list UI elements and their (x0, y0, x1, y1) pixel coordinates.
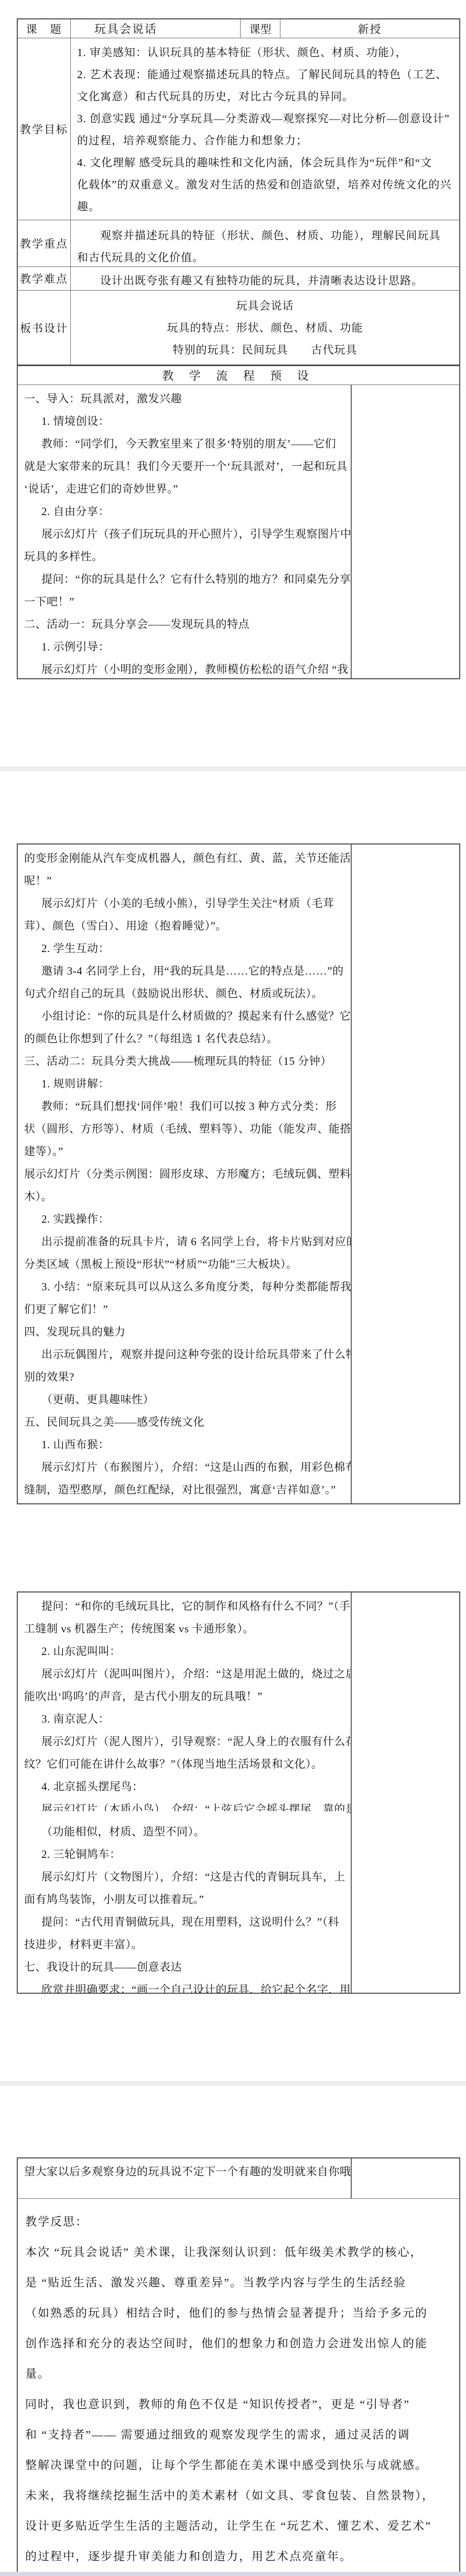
flow-line: 木）。 (24, 1185, 346, 1208)
flow-line: 1. 情境创设： (24, 410, 346, 433)
course-label: 课 题 (26, 21, 62, 37)
goal-line: 文化寓意）和古代玩具的历史，对比古今玩具的异同。 (77, 85, 455, 108)
flow-line: 玩具的多样性。 (24, 546, 346, 568)
page-title: 玩具会说话 (94, 20, 157, 37)
lesson-plan-table-page2: 的变形金刚能从汽车变成机器人，颜色有红、黄、蓝，关节还能活动呢！”展示幻灯片（小… (17, 843, 460, 1504)
flow-line: 三、活动二：玩具分类大挑战——梳理玩具的特征（15 分钟） (24, 1050, 346, 1073)
board-design-label: 板书设计 (20, 320, 68, 336)
reflection-line: （如熟悉的玩具）相结合时，他们的参与热情会显著提升；当给予多元的 (25, 2298, 455, 2328)
flow-line: （更萌、更具趣味性） (24, 1388, 346, 1411)
difficulty-label: 教学难点 (20, 271, 68, 286)
reflection-line: 是 “贴近生活、激发兴趣、尊重差异”。当教学内容与学生的生活经验 (25, 2268, 455, 2298)
flow-row-page4: 望大家以后多观察身边的玩具说不定下一个有趣的发明就来自你哦！ (18, 2158, 459, 2198)
flow-line: 提问：“你的玩具是什么？它有什么特别的地方？和同桌先分享 (24, 568, 346, 591)
flow-content-page2: 的变形金刚能从汽车变成机器人，颜色有红、黄、蓝，关节还能活动呢！”展示幻灯片（小… (18, 845, 351, 1503)
flow-line: 3. 南京泥人： (24, 1708, 346, 1730)
process-header-title: 教 学 流 程 预 设 (162, 367, 315, 383)
flow-content-page1: 一、导入：玩具派对，激发兴趣1. 情境创设：教师：“同学们，今天教室里来了很多‘… (18, 385, 351, 678)
flow-line: 工缝制 vs 机器生产；传统图案 vs 卡通形象）。 (24, 1618, 346, 1640)
flow-line: 2. 学生互动： (24, 937, 346, 960)
flow-line: 1. 山西布猴： (24, 1434, 346, 1456)
flow-line: 小组讨论：“你的玩具是什么材质做的？摸起来有什么感觉？它 (24, 1005, 346, 1028)
flow-line: 出示提前准备的玩具卡片，请 6 名同学上台，将卡片贴到对应的 (24, 1231, 346, 1253)
flow-line: 展示幻灯片（孩子们玩玩具的开心照片），引导学生观察图片中 (24, 523, 346, 546)
flow-line: 们更了解它们！” (24, 1298, 346, 1321)
page-separator-2 (0, 2081, 466, 2086)
difficulty-line: 设计出既夸张有趣又有独特功能的玩具，并清晰表达设计思路。 (77, 270, 455, 290)
process-header-row: 教 学 流 程 预 设 (18, 365, 459, 384)
flow-line: 欣赏并明确要求：“画一个自己设计的玩具，给它起个名字，用 (24, 1979, 346, 1993)
flow-line: 2. 自由分享： (24, 500, 346, 523)
flow-line: 别的效果? (24, 1366, 346, 1388)
flow-line: 技进步，材料更丰富）。 (24, 1933, 346, 1956)
flow-line: （功能相似，材质、造型不同）。 (24, 1821, 346, 1843)
reflection-line: 量。 (25, 2359, 455, 2389)
flow-line: 就是大家带来的玩具！我们今天要开一个‘玩具派对’，一起和玩具 (24, 455, 346, 478)
lesson-type-value-cell: 新授 (280, 19, 459, 38)
flow-line: 二、活动一：玩具分享会——发现玩具的特点 (24, 613, 346, 636)
reflection-section: 教学反思：本次 “玩具会说话” 美术课，让我深刻认识到：低年级美术教学的核心，是… (18, 2198, 459, 2572)
reflection-line: 和 “支持者”—— 需要通过细致的观察发现学生的需求，通过灵活的调 (25, 2420, 455, 2450)
flow-line: 缝制，造型憨厚，颜色红配绿，对比很强烈，寓意‘吉祥如意’。” (24, 1479, 346, 1501)
key-points-label: 教学重点 (20, 236, 68, 251)
flow-content-page3: 提问：“和你的毛绒玩具比，它的制作和风格有什么不同？”（手工缝制 vs 机器生产… (18, 1592, 351, 1993)
flow-line: 一、导入：玩具派对，激发兴趣 (24, 388, 346, 410)
teaching-goals-label: 教学目标 (20, 121, 68, 137)
notes-column-page3 (351, 1592, 459, 1993)
reflection-line: 未来，我将继续挖掘生活中的美术素材（如文具、零食包装、自然景物）， (25, 2481, 455, 2511)
goal-line: 化载体”的双重意义。激发对生活的热爱和创造欲望，培养对传统文化的兴 (77, 174, 455, 196)
lesson-plan-table-page1: 课 题 玩具会说话 课型 新授 教学目标 1. 审美感知：认识玩具的基本特征（形… (17, 18, 460, 679)
reflection-line: 本次 “玩具会说话” 美术课，让我深刻认识到：低年级美术教学的核心， (25, 2237, 455, 2268)
reflection-line: 创作选择和充分的表达空间时，他们的想象力和创造力会迸发出惊人的能 (25, 2328, 455, 2359)
flow-line: 2. 实践操作： (24, 1208, 346, 1231)
teaching-goals-label-cell: 教学目标 (18, 38, 71, 220)
flow-line: 展示幻灯片（分类示例图：圆形皮球、方形魔方；毛绒玩偶、塑料积 (24, 1163, 346, 1185)
flow-line: 面有鸠鸟装饰，小朋友可以推着玩。” (24, 1888, 346, 1911)
flow-line: 提问：“古代用青铜做玩具，现在用塑料，这说明什么？”（科 (24, 1911, 346, 1933)
reflection-line: 教学反思： (25, 2207, 455, 2237)
notes-column-page4 (351, 2158, 459, 2198)
key-points-row: 教学重点 观察并描述玩具的特征（形状、颜色、材质、功能），理解民间玩具和古代玩具… (18, 220, 459, 266)
lesson-type-value: 新授 (358, 21, 382, 37)
notes-column-page2 (351, 845, 459, 1503)
difficulty-content: 设计出既夸张有趣又有独特功能的玩具，并清晰表达设计思路。 (71, 267, 459, 290)
board-line: 玩具会说话 (71, 295, 459, 317)
reflection-line: 设计更多贴近学生生活的主题活动，让学生在 “玩艺术、懂艺术、爱艺术” (25, 2511, 455, 2541)
viewport-bottom-strip (0, 2572, 466, 2576)
flow-line: ‘说话’，走进它们的奇妙世界。” (24, 478, 346, 500)
flow-line: 四、发现玩具的魅力 (24, 1321, 346, 1343)
goal-line: 3. 创意实践 通过“分享玩具—分类游戏—观察探究—对比分析—创意设计” (77, 108, 455, 130)
flow-line: 邀请 3-4 名同学上台，用“我的玩具是……它的特点是……”的 (24, 960, 346, 982)
flow-line: 2. 三轮铜鸠车： (24, 1843, 346, 1866)
flow-line: 望大家以后多观察身边的玩具说不定下一个有趣的发明就来自你哦！ (24, 2161, 346, 2183)
lesson-plan-table-page4: 望大家以后多观察身边的玩具说不定下一个有趣的发明就来自你哦！ 教学反思：本次 “… (17, 2157, 460, 2573)
goal-line: 趣。 (77, 196, 455, 218)
flow-line: 教师：“同学们，今天教室里来了很多‘特别的朋友’——它们 (24, 433, 346, 455)
flow-line: 状（圆形、方形等）、材质（毛绒、塑料等）、功能（能发声、能搭 (24, 1118, 346, 1140)
flow-line: 教师：“玩具们想找‘同伴’啦！我们可以按 3 种方式分类：形 (24, 1095, 346, 1118)
flow-line: 分类区域（黑板上预设“形状”“材质”“功能”三大板块）。 (24, 1253, 346, 1276)
lesson-type-label: 课型 (250, 21, 272, 37)
flow-line: 七、我设计的玩具——创意表达 (24, 1956, 346, 1979)
teaching-goals-content: 1. 审美感知：认识玩具的基本特征（形状、颜色、材质、功能），2. 艺术表现：能… (71, 38, 459, 220)
flow-content-page4: 望大家以后多观察身边的玩具说不定下一个有趣的发明就来自你哦！ (18, 2158, 351, 2198)
board-design-label-cell: 板书设计 (18, 291, 71, 365)
course-label-cell: 课 题 (18, 19, 71, 38)
reflection-line: 的过程中，逐步提升审美能力和创造力，用艺术点亮童年。 (25, 2541, 455, 2572)
flow-line: 建等）。” (24, 1140, 346, 1163)
goal-line: 1. 审美感知：认识玩具的基本特征（形状、颜色、材质、功能）， (77, 41, 455, 63)
difficulty-row: 教学难点 设计出既夸张有趣又有独特功能的玩具，并清晰表达设计思路。 (18, 266, 459, 290)
board-design-row: 板书设计 玩具会说话玩具的特点：形状、颜色、材质、功能特别的玩具：民间玩具 古代… (18, 290, 459, 365)
flow-line: 1. 示例引导： (24, 636, 346, 658)
flow-line: 纹？它们可能在讲什么故事？”（体现当地生活场景和文化）。 (24, 1753, 346, 1776)
board-design-content: 玩具会说话玩具的特点：形状、颜色、材质、功能特别的玩具：民间玩具 古代玩具 (71, 291, 459, 365)
flow-line: 茸）、颜色（雪白）、用途（抱着睡觉）”。 (24, 915, 346, 937)
flow-line: 五、民间玩具之美——感受传统文化 (24, 1411, 346, 1434)
board-line: 特别的玩具：民间玩具 古代玩具 (71, 339, 459, 361)
key-points-content: 观察并描述玩具的特征（形状、颜色、材质、功能），理解民间玩具和古代玩具的文化价值… (71, 220, 459, 266)
flow-line: 能吹出‘呜呜’的声音，是古代小朋友的玩具哦！” (24, 1685, 346, 1708)
flow-row-page1: 一、导入：玩具派对，激发兴趣1. 情境创设：教师：“同学们，今天教室里来了很多‘… (18, 384, 459, 678)
goal-line: 4. 文化理解 感受玩具的趣味性和文化内涵，体会玩具作为“玩伴”和“文 (77, 152, 455, 174)
flow-line: 句式介绍自己的玩具（鼓励说出形状、颜色、材质或玩法）。 (24, 982, 346, 1005)
flow-line: 的颜色让你想到了什么？”（每组选 1 名代表总结）。 (24, 1028, 346, 1050)
teaching-goals-row: 教学目标 1. 审美感知：认识玩具的基本特征（形状、颜色、材质、功能），2. 艺… (18, 38, 459, 220)
flow-line: 一下吧！” (24, 591, 346, 613)
lesson-plan-table-page3: 提问：“和你的毛绒玩具比，它的制作和风格有什么不同？”（手工缝制 vs 机器生产… (17, 1591, 460, 1994)
notes-column-page1 (351, 385, 459, 678)
reflection-line: 同时，我也意识到，教师的角色不仅是 “知识传授者”，更是 “引导者” (25, 2389, 455, 2420)
flow-line: 呢！” (24, 870, 346, 892)
course-title-cell: 玩具会说话 (71, 19, 241, 38)
key-points-label-cell: 教学重点 (18, 220, 71, 266)
header-row: 课 题 玩具会说话 课型 新授 (18, 19, 459, 38)
flow-line: 提问：“和你的毛绒玩具比，它的制作和风格有什么不同？”（手 (24, 1595, 346, 1618)
flow-line: 出示玩偶图片，观察并提问这种夸张的设计给玩具带来了什么特 (24, 1343, 346, 1366)
flow-line: 2. 山东泥叫叫： (24, 1640, 346, 1663)
lesson-plan-document: { "doc": { "header": { "course_label": "… (0, 0, 466, 2576)
flow-line: 4. 北京摇头摆尾鸟： (24, 1776, 346, 1798)
page-separator-1 (0, 767, 466, 771)
flow-line: 展示幻灯片（小美的毛绒小熊），引导学生关注“材质（毛茸 (24, 892, 346, 915)
flow-line: 展示幻灯片（泥人图片），引导观察：“泥人身上的衣服有什么花 (24, 1730, 346, 1753)
lesson-type-label-cell: 课型 (241, 19, 280, 38)
flow-line: 展示幻灯片（木质小鸟），介绍：“上弦后它会摇头摆尾，靠的是 (24, 1798, 346, 1821)
reflection-line: 整解决课堂中的问题，让每个学生都能在美术课中感受到快乐与成就感。 (25, 2450, 455, 2481)
goal-line: 2. 艺术表现：能通过观察描述玩具的特点。了解民间玩具的特色（工艺、 (77, 63, 455, 85)
key-point-line: 观察并描述玩具的特征（形状、颜色、材质、功能），理解民间玩具 (77, 225, 455, 247)
flow-line: 3. 小结：“原来玩具可以从这么多角度分类，每种分类都能帮我 (24, 1276, 346, 1298)
board-line: 玩具的特点：形状、颜色、材质、功能 (71, 317, 459, 339)
difficulty-label-cell: 教学难点 (18, 267, 71, 290)
flow-line: 展示幻灯片（泥叫叫图片），介绍：“这是用泥土做的，烧过之后 (24, 1663, 346, 1685)
flow-line: 展示幻灯片（文物图片），介绍：“这是古代的青铜玩具车，上 (24, 1866, 346, 1888)
key-point-line: 和古代玩具的文化价值。 (77, 247, 455, 266)
flow-line: 展示幻灯片（布猴图片），介绍：“这是山西的布猴，用彩色棉布 (24, 1456, 346, 1479)
flow-line: 展示幻灯片（小明的变形金刚），教师模仿松松的语气介绍 “我 (24, 658, 346, 678)
flow-line: 的变形金刚能从汽车变成机器人，颜色有红、黄、蓝，关节还能活动 (24, 847, 346, 870)
goal-line: 的过程，培养观察能力、合作能力和想象力； (77, 130, 455, 152)
flow-line: 1. 规则讲解： (24, 1073, 346, 1095)
